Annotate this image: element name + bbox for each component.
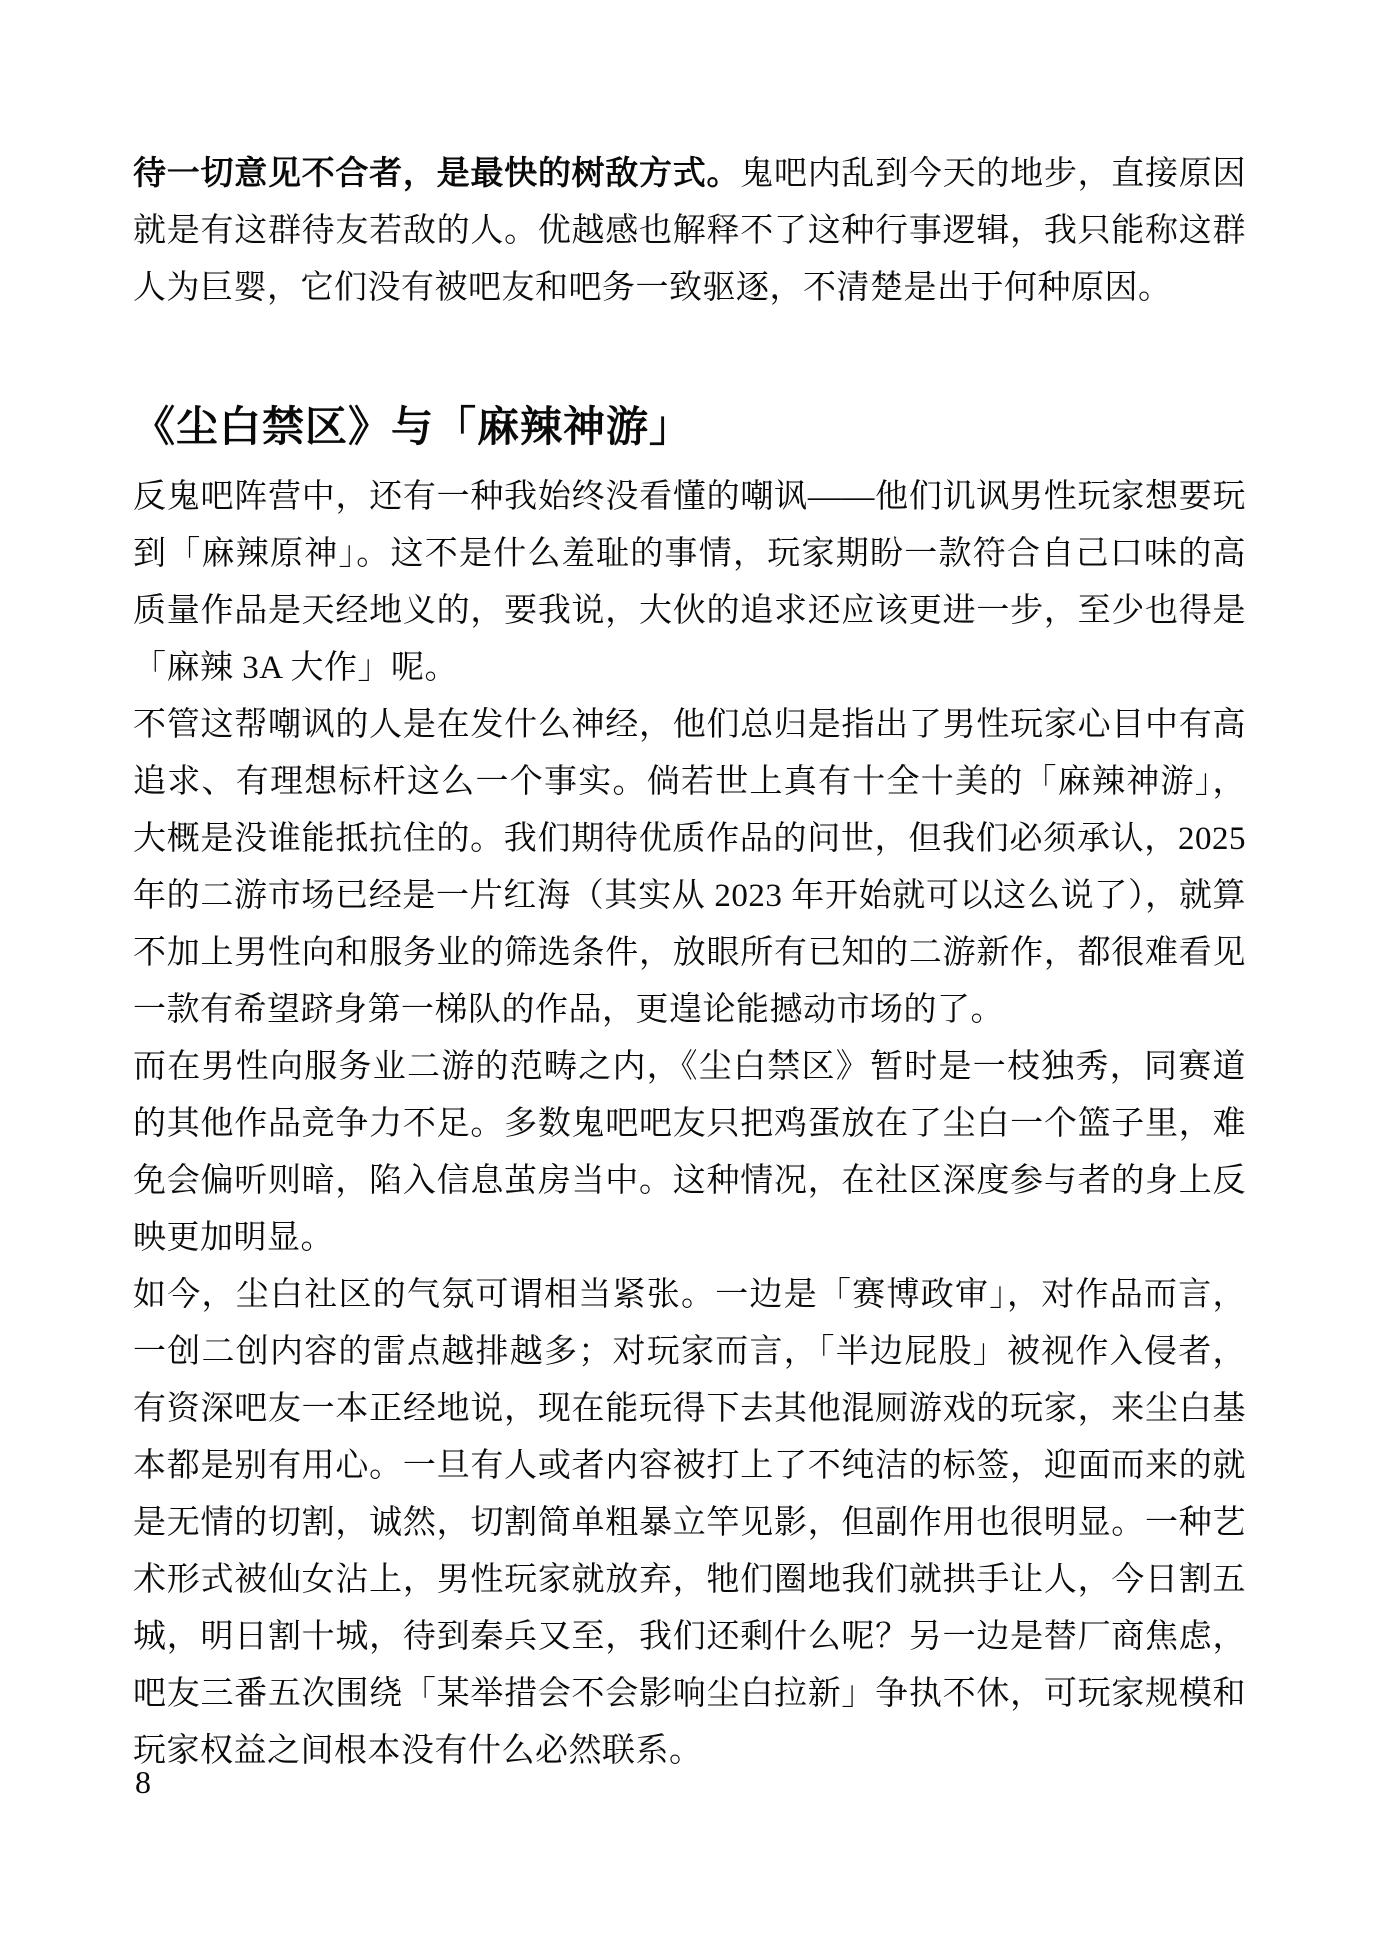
paragraph-2: 反鬼吧阵营中，还有一种我始终没看懂的嘲讽——他们讥讽男性玩家想要玩到「麻辣原神」…: [133, 469, 1246, 697]
document-page: 待一切意见不合者，是最快的树敌方式。鬼吧内乱到今天的地步，直接原因就是有这群待友…: [0, 0, 1375, 1942]
section-heading: 《尘白禁区》与「麻辣神游」: [133, 403, 1246, 453]
text-block: 待一切意见不合者，是最快的树敌方式。鬼吧内乱到今天的地步，直接原因就是有这群待友…: [133, 146, 1246, 1780]
paragraph-3: 不管这帮嘲讽的人是在发什么神经，他们总归是指出了男性玩家心目中有高追求、有理想标…: [133, 697, 1246, 1039]
paragraph-1-bold-lead: 待一切意见不合者，是最快的树敌方式。: [133, 156, 740, 192]
paragraph-4: 而在男性向服务业二游的范畴之内，《尘白禁区》暂时是一枝独秀，同赛道的其他作品竞争…: [133, 1039, 1246, 1267]
paragraph-1: 待一切意见不合者，是最快的树敌方式。鬼吧内乱到今天的地步，直接原因就是有这群待友…: [133, 146, 1246, 317]
page-number: 8: [135, 1762, 151, 1802]
paragraph-5: 如今，尘白社区的气氛可谓相当紧张。一边是「赛博政审」，对作品而言，一创二创内容的…: [133, 1267, 1246, 1780]
